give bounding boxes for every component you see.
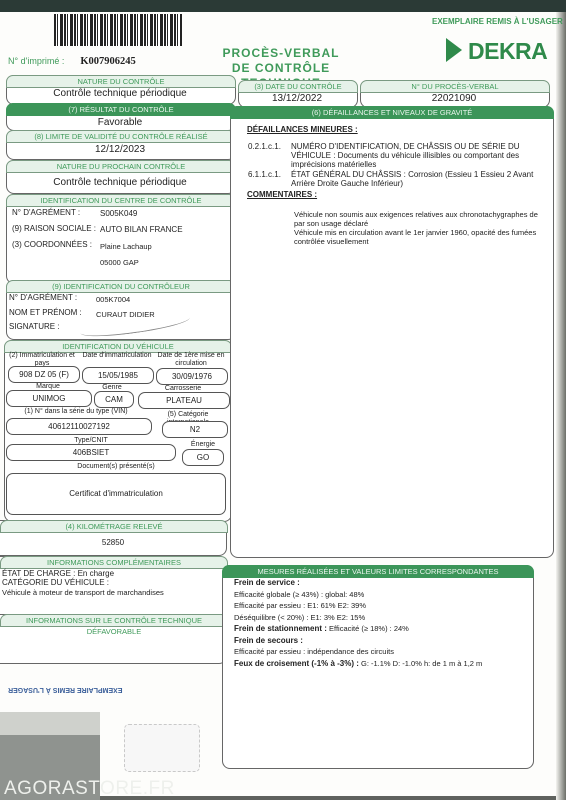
kilometrage-header: (4) KILOMÉTRAGE RELEVÉ (0, 520, 228, 533)
vin-label: (1) N° dans la série du type (VIN) (6, 408, 146, 416)
pv-value: 22021090 (360, 93, 548, 104)
marque-value: UNIMOG (6, 390, 92, 407)
infos-header: INFORMATIONS COMPLÉMENTAIRES (0, 556, 228, 569)
date-circ-value: 30/09/1976 (156, 368, 228, 385)
controleur-signature-label: SIGNATURE : (9, 322, 60, 331)
infos-categorie-value: Véhicule à moteur de transport de marcha… (2, 588, 164, 597)
nature-header: NATURE DU CONTRÔLE (6, 75, 236, 88)
controleur-nom-label: NOM ET PRÉNOM : (9, 308, 82, 317)
mesures-list: Frein de service : Efficacité globale (≥… (234, 577, 530, 669)
dekra-logo: DEKRA (446, 38, 547, 65)
controleur-agrement-label: N° D'AGRÉMENT : (9, 293, 77, 302)
centre-header: IDENTIFICATION DU CENTRE DE CONTRÔLE (6, 194, 236, 207)
imprime-number: N° d'imprimé :K007906245 (8, 56, 136, 67)
vin-value: 40612110027192 (6, 418, 152, 435)
centre-raison-value: AUTO BILAN FRANCE (100, 225, 183, 234)
docs-value: Certificat d'immatriculation (6, 473, 226, 515)
controleur-agrement-value: 005K7004 (96, 295, 130, 304)
mesure-line: Déséquilibre (< 20%) : E1: 3% E2: 15% (234, 612, 530, 624)
infos-etat: ÉTAT DE CHARGE : En charge (2, 569, 114, 578)
resultat-header: (7) RÉSULTAT DU CONTRÔLE (6, 103, 236, 116)
categorie-value: N2 (162, 421, 228, 438)
page-edge (556, 12, 566, 800)
immat-value: 908 DZ 05 (F) (8, 366, 80, 383)
centre-coord-line1: Plaine Lachaup (100, 242, 152, 251)
date-circ-label: Date de 1ère mise en circulation (154, 352, 228, 368)
faded-stamp (124, 724, 200, 772)
date-header: (3) DATE DU CONTRÔLE (238, 80, 358, 93)
rotated-exemplaire-text: EXEMPLAIRE REMIS À L'USAGER (8, 686, 122, 693)
defavorable-header: INFORMATIONS SUR LE CONTRÔLE TECHNIQUE D… (0, 614, 228, 627)
mesure-line: Efficacité par essieu : indépendance des… (234, 646, 530, 658)
prochain-value: Contrôle technique périodique (6, 177, 234, 188)
defect-text-2: ÉTAT GÉNÉRAL DU CHÂSSIS : Corrosion (Ess… (291, 170, 541, 188)
defect-code-2: 6.1.1.c.1. (248, 170, 281, 179)
validite-header: (8) LIMITE DE VALIDITÉ DU CONTRÔLE RÉALI… (6, 130, 236, 143)
imprime-label: N° d'imprimé : (8, 56, 64, 66)
controleur-header: (9) IDENTIFICATION DU CONTRÔLEUR (6, 280, 236, 293)
barcode (54, 14, 182, 46)
prochain-header: NATURE DU PROCHAIN CONTRÔLE (6, 160, 236, 173)
infos-categorie: CATÉGORIE DU VÉHICULE : (2, 578, 109, 587)
commentaires-title: COMMENTAIRES : (247, 190, 317, 199)
defect-code-1: 0.2.1.c.1. (248, 142, 281, 151)
type-value: 406BSIET (6, 444, 176, 461)
energie-label: Énergie (180, 441, 226, 449)
exemplaire-label: EXEMPLAIRE REMIS À L'USAGER (432, 17, 563, 26)
mesure-line: Feux de croisement (-1% à -3%) : G: -1.1… (234, 658, 530, 670)
mesure-line: Frein de secours : (234, 635, 530, 647)
nature-value: Contrôle technique périodique (6, 88, 234, 99)
centre-coord-line2: 05000 GAP (100, 258, 139, 267)
centre-agrement-label: N° D'AGRÉMENT : (12, 208, 80, 217)
mesure-line: Efficacité globale (≥ 43%) : global: 48% (234, 589, 530, 601)
brand-name: DEKRA (468, 38, 547, 64)
date-immat-value: 15/05/1985 (82, 367, 154, 384)
mesure-line: Efficacité par essieu : E1: 61% E2: 39% (234, 600, 530, 612)
imprime-value: K007906245 (80, 56, 135, 67)
centre-coord-label: (3) COORDONNÉES : (12, 240, 92, 249)
mineures-title: DÉFAILLANCES MINEURES : (247, 125, 358, 134)
date-value: 13/12/2022 (238, 93, 356, 104)
docs-label: Document(s) présenté(s) (6, 463, 226, 471)
resultat-value: Favorable (6, 117, 234, 128)
date-immat-label: Date d'immatriculation (82, 352, 152, 360)
title-line1: PROCÈS-VERBAL (196, 46, 366, 61)
commentaire-1: Véhicule non soumis aux exigences relati… (294, 210, 540, 228)
validite-value: 12/12/2023 (6, 144, 234, 155)
kilometrage-value: 52850 (0, 538, 226, 547)
centre-raison-label: (9) RAISON SOCIALE : (12, 224, 96, 233)
genre-value: CAM (94, 391, 134, 408)
watermark: AGORASTORE.FR (4, 778, 175, 800)
dekra-chevron-icon (446, 38, 462, 62)
pv-header: N° DU PROCÈS-VERBAL (360, 80, 550, 93)
mesure-line: Frein de service : (234, 577, 530, 589)
commentaire-2: Véhicule mis en circulation avant le 1er… (294, 228, 540, 246)
mesure-line: Frein de stationnement : Efficacité (≥ 1… (234, 623, 530, 635)
defect-text-1: NUMÉRO D'IDENTIFICATION, DE CHÂSSIS OU D… (291, 142, 541, 169)
defaillances-header: (6) DÉFAILLANCES ET NIVEAUX DE GRAVITÉ (230, 106, 554, 119)
carrosserie-value: PLATEAU (138, 392, 230, 409)
centre-agrement-value: S005K049 (100, 209, 137, 218)
